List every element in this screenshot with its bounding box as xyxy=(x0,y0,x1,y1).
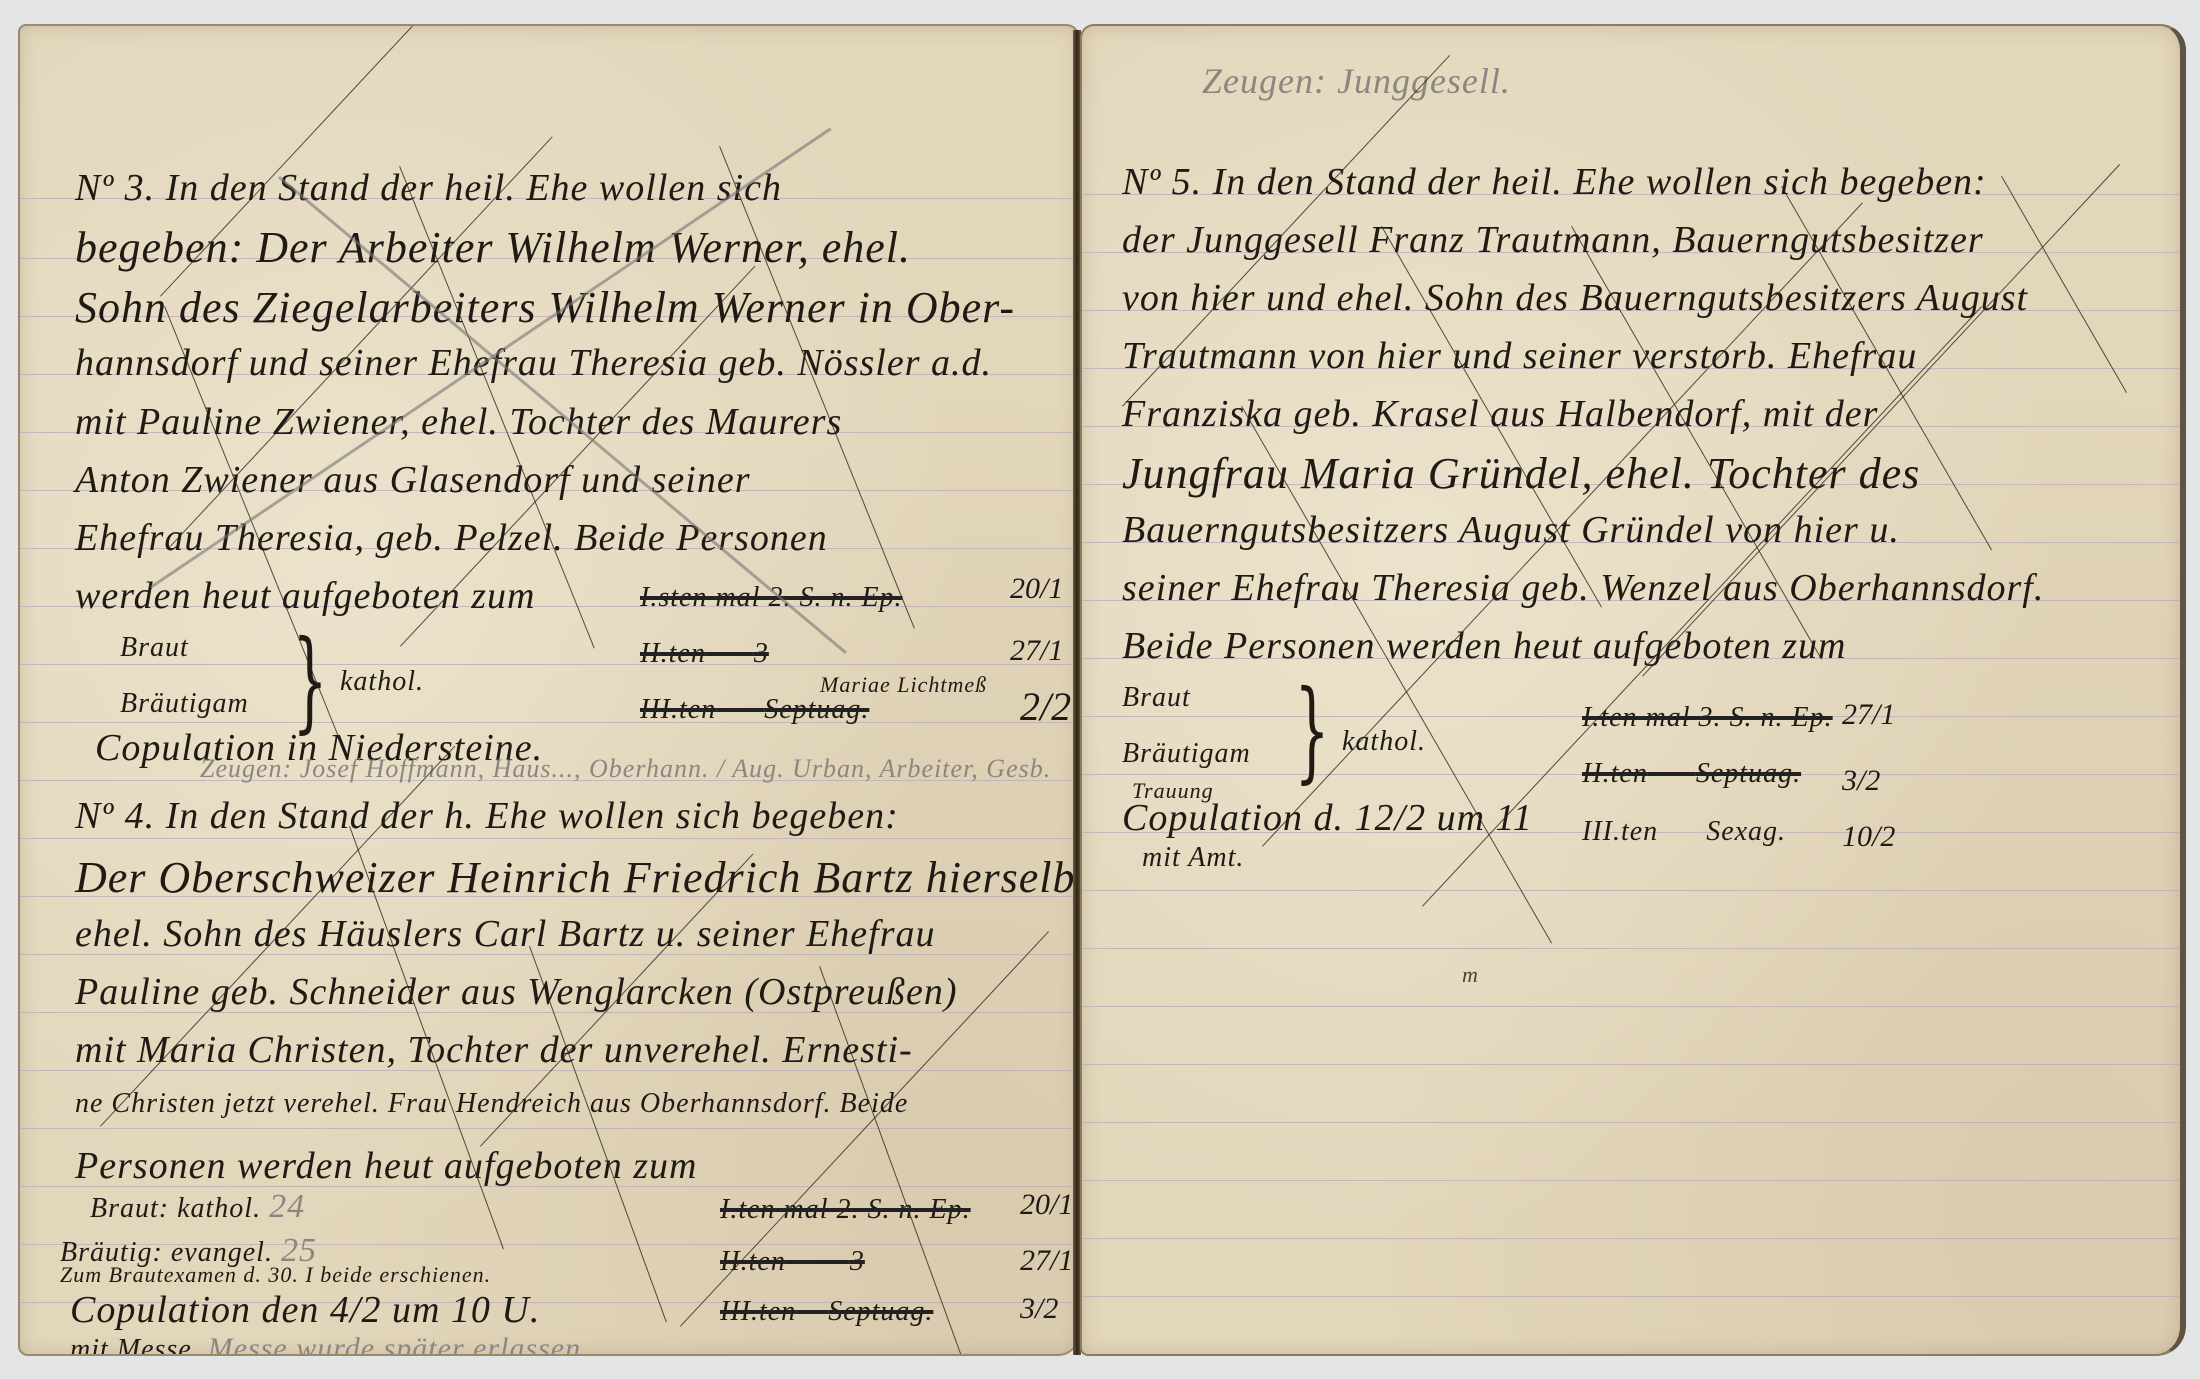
entry-4-bann-1-date: 20/1 xyxy=(1020,1190,1073,1220)
entry-5-bann-1: I.ten mal 3. S. n. Ep. xyxy=(1582,702,1833,734)
entry-5-line-8: seiner Ehefrau Theresia geb. Wenzel aus … xyxy=(1122,566,2044,610)
entry-5-religion: kathol. xyxy=(1342,726,1426,758)
entry-3-bann-3: III.ten Septuag. xyxy=(640,694,869,726)
entry-3-bann-1: I.sten mal 2. S. n. Ep. xyxy=(640,582,903,614)
entry-4-line-5: mit Maria Christen, Tochter der unverehe… xyxy=(75,1028,913,1072)
entry-3-line-7: Ehefrau Theresia, geb. Pelzel. Beide Per… xyxy=(75,516,828,560)
open-register-book: Nº 3. In den Stand der heil. Ehe wollen … xyxy=(18,20,2183,1365)
brace-icon: } xyxy=(1295,666,1330,794)
right-page: Zeugen: Junggesell. Nº 5. In den Stand d… xyxy=(1080,24,2186,1356)
entry-5-bann-1-date: 27/1 xyxy=(1842,700,1895,730)
entry-4-exam-note: Zum Brautexamen d. 30. I beide erschiene… xyxy=(60,1262,491,1288)
entry-5-line-1: Nº 5. In den Stand der heil. Ehe wollen … xyxy=(1122,160,1987,204)
entry-3-line-5: mit Pauline Zwiener, ehel. Tochter des M… xyxy=(75,400,842,444)
entry-4-mass: mit Messe. Messe wurde später erlassen xyxy=(70,1332,581,1356)
entry-4-line-2: Der Oberschweizer Heinrich Friedrich Bar… xyxy=(75,852,1080,903)
entry-3-line-1: Nº 3. In den Stand der heil. Ehe wollen … xyxy=(75,166,782,210)
entry-5-mass: mit Amt. xyxy=(1142,842,1244,874)
entry-5-line-9: Beide Personen werden heut aufgeboten zu… xyxy=(1122,624,1846,668)
entry-4-line-1: Nº 4. In den Stand der h. Ehe wollen sic… xyxy=(75,794,899,838)
entry-5-bann-2: II.ten Septuag. xyxy=(1582,758,1801,790)
entry-5-bann-3: III.ten Sexag. xyxy=(1582,816,1786,848)
entry-3-bann-3-date: 2/2 xyxy=(1020,692,1071,722)
entry-4-line-6: ne Christen jetzt verehel. Frau Hendreic… xyxy=(75,1088,908,1120)
entry-4-bann-3-date: 3/2 xyxy=(1020,1294,1058,1324)
entry-4-line-4: Pauline geb. Schneider aus Wenglarcken (… xyxy=(75,970,958,1014)
entry-5-line-6: Jungfrau Maria Gründel, ehel. Tochter de… xyxy=(1122,448,1920,499)
entry-3-line-2: begeben: Der Arbeiter Wilhelm Werner, eh… xyxy=(75,222,911,273)
entry-4-bann-2: II.ten 3 xyxy=(720,1246,865,1278)
entry-4-bride: Braut: kathol. 24 xyxy=(90,1188,305,1226)
entry-5-bann-2-date: 3/2 xyxy=(1842,766,1880,796)
entry-4-bann-2-date: 27/1 xyxy=(1020,1246,1073,1276)
entry-3-line-6: Anton Zwiener aus Glasendorf und seiner xyxy=(75,458,750,502)
entry-4-line-3: ehel. Sohn des Häuslers Carl Bartz u. se… xyxy=(75,912,936,956)
entry-5-line-5: Franziska geb. Krasel aus Halbendorf, mi… xyxy=(1122,392,1878,436)
entry-5-bride-label: Braut xyxy=(1122,682,1191,714)
entry-3-line-8: werden heut aufgeboten zum xyxy=(75,574,535,618)
entry-3-bann-2-date: 27/1 xyxy=(1010,636,1063,666)
entry-3-bride-label: Braut xyxy=(120,632,189,664)
stray-mark: m xyxy=(1462,962,1479,988)
entry-3-bann-2: II.ten 3 xyxy=(640,638,769,670)
entry-5-bann-3-date: 10/2 xyxy=(1842,822,1895,852)
entry-3-religion: kathol. xyxy=(340,666,424,698)
entry-3-line-3: Sohn des Ziegelarbeiters Wilhelm Werner … xyxy=(75,282,1015,333)
entry-3-groom-label: Bräutigam xyxy=(120,688,249,720)
entry-3-line-4: hannsdorf und seiner Ehefrau Theresia ge… xyxy=(75,341,992,385)
entry-4-copulation: Copulation den 4/2 um 10 U. xyxy=(70,1288,540,1332)
entry-5-line-2: der Junggesell Franz Trautmann, Bauerngu… xyxy=(1122,218,1984,262)
left-page: Nº 3. In den Stand der heil. Ehe wollen … xyxy=(18,24,1080,1356)
entry-4-bann-3: III.ten Septuag. xyxy=(720,1296,933,1328)
entry-5-line-7: Bauerngutsbesitzers August Gründel von h… xyxy=(1122,508,1900,552)
entry-5-line-3: von hier und ehel. Sohn des Bauerngutsbe… xyxy=(1122,276,2028,320)
entry-4-witness-note: Zeugen: Josef Hoffmann, Haus..., Oberhan… xyxy=(200,754,1051,784)
entry-5-line-4: Trautmann von hier und seiner verstorb. … xyxy=(1122,334,1917,378)
entry-3-bann-1-date: 20/1 xyxy=(1010,574,1063,604)
entry-5-groom-label: Bräutigam xyxy=(1122,738,1251,770)
entry-5-witness-note: Zeugen: Junggesell. xyxy=(1202,60,1511,102)
entry-4-bann-1: I.ten mal 2. S. n. Ep. xyxy=(720,1194,971,1226)
